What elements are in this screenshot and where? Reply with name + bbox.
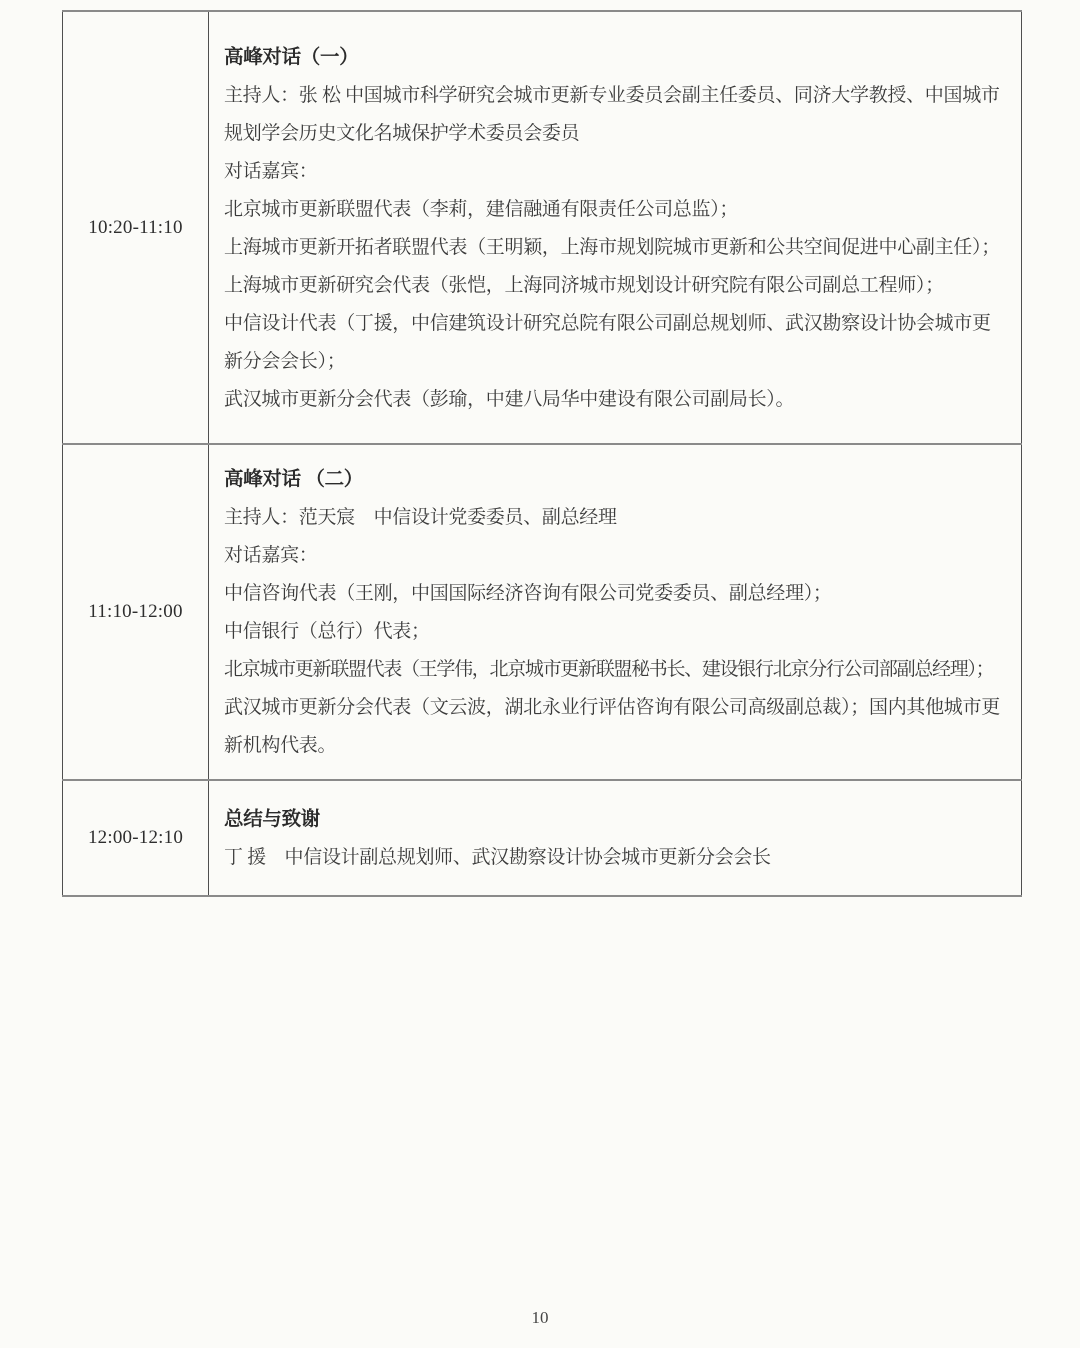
session-line: 上海城市更新开拓者联盟代表（王明颖，上海市规划院城市更新和公共空间促进中心副主任…: [224, 229, 1009, 267]
session-line: 对话嘉宾：: [224, 537, 1009, 575]
page-number: 10: [0, 1308, 1080, 1328]
session-line: 上海城市更新研究会代表（张恺，上海同济城市规划设计研究院有限公司副总工程师）；: [224, 267, 1009, 305]
session-line: 北京城市更新联盟代表（王学伟，北京城市更新联盟秘书长、建设银行北京分行公司部副总…: [224, 651, 1009, 689]
session-line: 丁 援 中信设计副总规划师、武汉勘察设计协会城市更新分会会长: [224, 839, 1009, 877]
content-cell: 高峰对话 （二） 主持人：范天宸 中信设计党委委员、副总经理 对话嘉宾： 中信咨…: [209, 444, 1022, 780]
content-cell: 高峰对话（一） 主持人：张 松 中国城市科学研究会城市更新专业委员会副主任委员、…: [209, 11, 1022, 444]
document-page: 10:20-11:10 高峰对话（一） 主持人：张 松 中国城市科学研究会城市更…: [0, 0, 1080, 1348]
session-line: 中信咨询代表（王刚，中国国际经济咨询有限公司党委委员、副总经理）；: [224, 575, 1009, 613]
session-line: 对话嘉宾：: [224, 153, 1009, 191]
session-title: 总结与致谢: [224, 801, 1009, 839]
table-row: 11:10-12:00 高峰对话 （二） 主持人：范天宸 中信设计党委委员、副总…: [63, 444, 1022, 780]
schedule-table: 10:20-11:10 高峰对话（一） 主持人：张 松 中国城市科学研究会城市更…: [62, 10, 1022, 897]
content-cell: 总结与致谢 丁 援 中信设计副总规划师、武汉勘察设计协会城市更新分会会长: [209, 780, 1022, 896]
time-cell: 10:20-11:10: [63, 11, 209, 444]
session-line: 主持人：张 松 中国城市科学研究会城市更新专业委员会副主任委员、同济大学教授、中…: [224, 77, 1009, 153]
session-line: 武汉城市更新分会代表（文云波，湖北永业行评估咨询有限公司高级副总裁）；国内其他城…: [224, 689, 1009, 765]
session-line: 中信银行（总行）代表；: [224, 613, 1009, 651]
session-title: 高峰对话（一）: [224, 39, 1009, 77]
session-line: 北京城市更新联盟代表（李莉，建信融通有限责任公司总监）；: [224, 191, 1009, 229]
session-line: 主持人：范天宸 中信设计党委委员、副总经理: [224, 499, 1009, 537]
table-row: 10:20-11:10 高峰对话（一） 主持人：张 松 中国城市科学研究会城市更…: [63, 11, 1022, 444]
time-cell: 11:10-12:00: [63, 444, 209, 780]
time-cell: 12:00-12:10: [63, 780, 209, 896]
session-line: 中信设计代表（丁援，中信建筑设计研究总院有限公司副总规划师、武汉勘察设计协会城市…: [224, 305, 1009, 381]
session-title: 高峰对话 （二）: [224, 461, 1009, 499]
session-line: 武汉城市更新分会代表（彭瑜，中建八局华中建设有限公司副局长）。: [224, 381, 1009, 419]
table-row: 12:00-12:10 总结与致谢 丁 援 中信设计副总规划师、武汉勘察设计协会…: [63, 780, 1022, 896]
